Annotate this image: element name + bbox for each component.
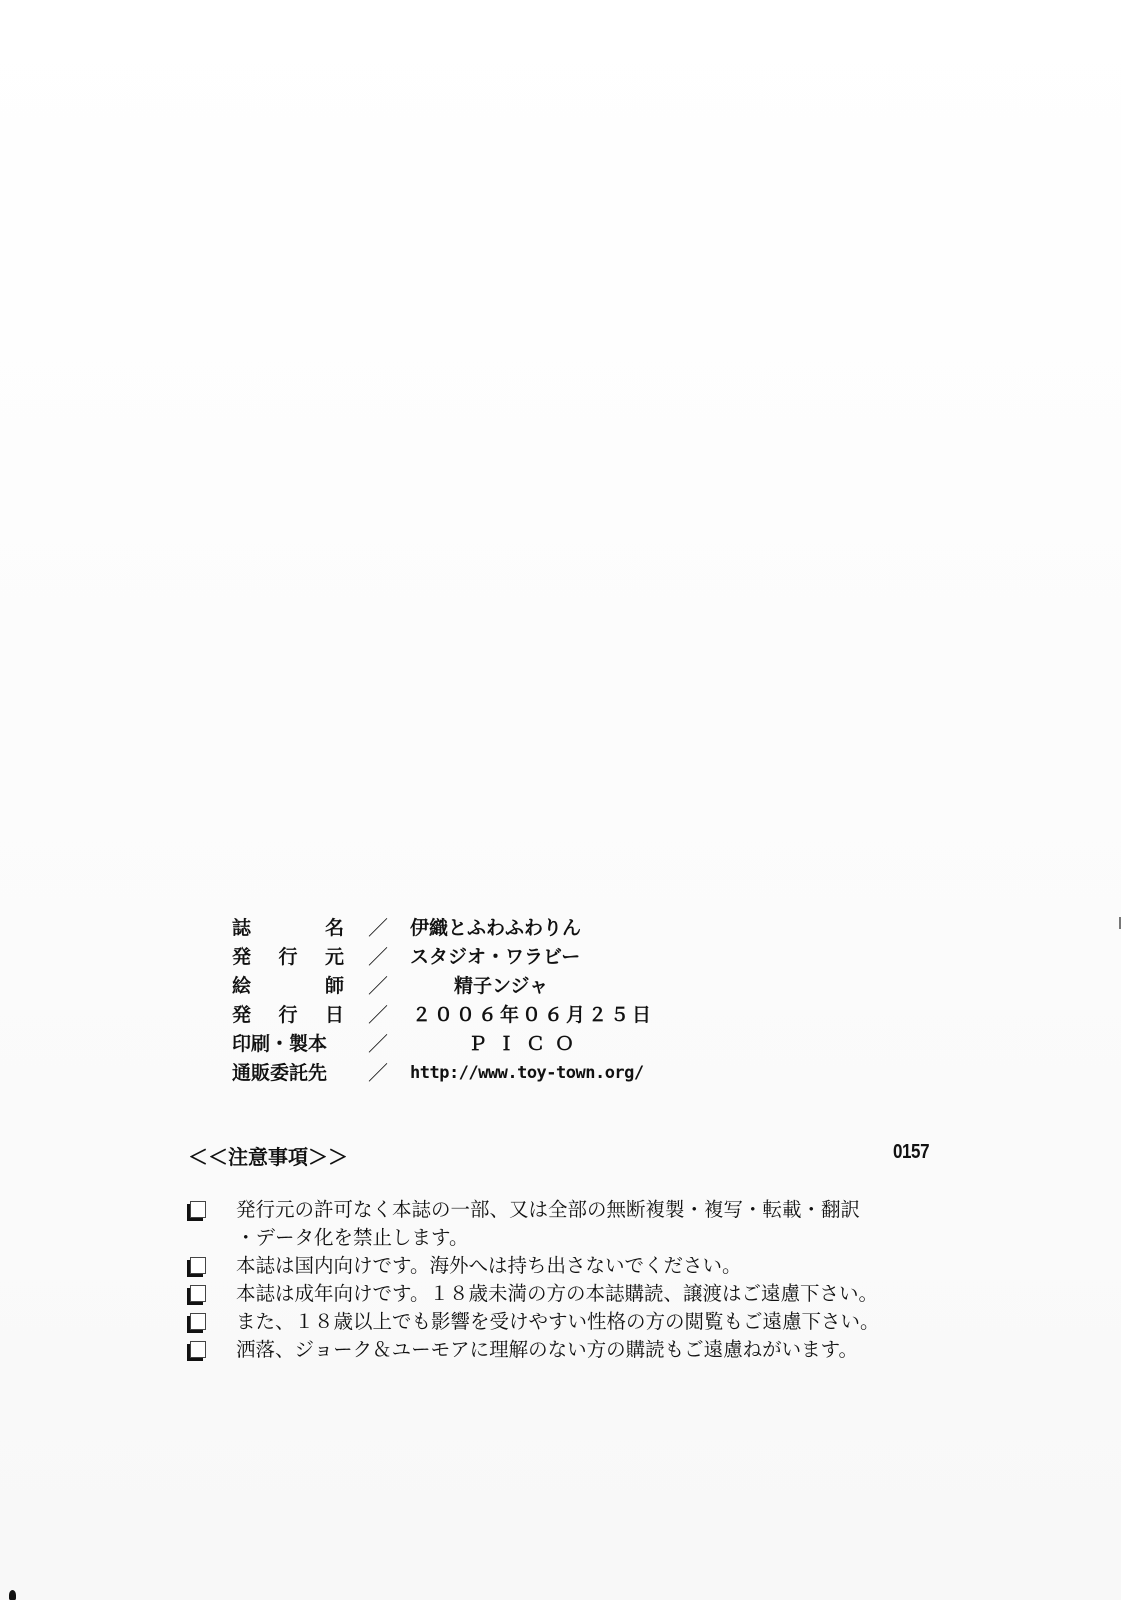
colophon-table: 誌 名 ／ 伊織とふわふわりん 発 行 元 ／ スタジオ・ワラビー 絵 師 ／ …: [232, 914, 692, 1088]
separator-slash: ／: [368, 1059, 388, 1088]
notes-header: ＜＜注意事項＞＞: [188, 1141, 348, 1170]
note-text: 発行元の許可なく本誌の一部、又は全部の無断複製・複写・転載・翻訳: [236, 1198, 860, 1221]
checkbox-icon: [190, 1201, 206, 1218]
checkbox-icon: [190, 1257, 206, 1274]
colophon-row-date: 発 行 日 ／ ２００６年０６月２５日: [232, 1001, 692, 1030]
note-item: 本誌は国内向けです。海外へは持ち出さないでください。: [190, 1252, 960, 1280]
note-text: また、１８歳以上でも影響を受けやすい性格の方の閲覧もご遠慮下さい。: [236, 1310, 880, 1333]
printer-value: ＰＩＣＯ: [468, 1030, 584, 1059]
colophon-label: 発 行 元: [232, 943, 344, 972]
checkbox-icon: [190, 1341, 206, 1358]
colophon-row-mailorder: 通販委託先 ／ http://www.toy-town.org/: [232, 1059, 692, 1088]
mailorder-url: http://www.toy-town.org/: [410, 1059, 644, 1088]
separator-slash: ／: [368, 914, 388, 943]
colophon-row-publisher: 発 行 元 ／ スタジオ・ワラビー: [232, 943, 692, 972]
note-item: また、１８歳以上でも影響を受けやすい性格の方の閲覧もご遠慮下さい。: [190, 1308, 960, 1336]
colophon-label: 誌 名: [232, 914, 344, 943]
colophon-row-printer: 印刷・製本 ／ ＰＩＣＯ: [232, 1030, 692, 1059]
colophon-label: 印刷・製本: [232, 1030, 344, 1059]
separator-slash: ／: [368, 943, 388, 972]
colophon-page: 誌 名 ／ 伊織とふわふわりん 発 行 元 ／ スタジオ・ワラビー 絵 師 ／ …: [0, 0, 1121, 1600]
notes-list: 発行元の許可なく本誌の一部、又は全部の無断複製・複写・転載・翻訳 ・データ化を禁…: [190, 1196, 960, 1364]
colophon-label: 発 行 日: [232, 1001, 344, 1030]
colophon-row-artist: 絵 師 ／ 精子ンジャ: [232, 972, 692, 1001]
separator-slash: ／: [368, 1001, 388, 1030]
note-item: 発行元の許可なく本誌の一部、又は全部の無断複製・複写・転載・翻訳 ・データ化を禁…: [190, 1196, 960, 1252]
note-text: 本誌は成年向けです。１８歳未満の方の本誌購読、譲渡はご遠慮下さい。: [236, 1282, 878, 1305]
note-item: 本誌は成年向けです。１８歳未満の方の本誌購読、譲渡はご遠慮下さい。: [190, 1280, 960, 1308]
checkbox-icon: [190, 1313, 206, 1330]
note-text-continuation: ・データ化を禁止します。: [236, 1224, 960, 1252]
note-text: 洒落、ジョーク＆ユーモアに理解のない方の購読もご遠慮ねがいます。: [236, 1338, 858, 1361]
publisher-value: スタジオ・ワラビー: [410, 943, 580, 972]
separator-slash: ／: [368, 1030, 388, 1059]
colophon-label: 通販委託先: [232, 1059, 344, 1088]
date-value: ２００６年０６月２５日: [412, 1001, 654, 1030]
scan-corner-mark: [9, 1590, 16, 1600]
title-value: 伊織とふわふわりん: [410, 914, 581, 943]
note-text: 本誌は国内向けです。海外へは持ち出さないでください。: [236, 1254, 741, 1277]
separator-slash: ／: [368, 972, 388, 1001]
checkbox-icon: [190, 1285, 206, 1302]
note-item: 洒落、ジョーク＆ユーモアに理解のない方の購読もご遠慮ねがいます。: [190, 1336, 960, 1364]
artist-value: 精子ンジャ: [454, 972, 548, 1001]
page-code: 0157: [893, 1141, 929, 1164]
colophon-label: 絵 師: [232, 972, 344, 1001]
colophon-row-title: 誌 名 ／ 伊織とふわふわりん: [232, 914, 692, 943]
